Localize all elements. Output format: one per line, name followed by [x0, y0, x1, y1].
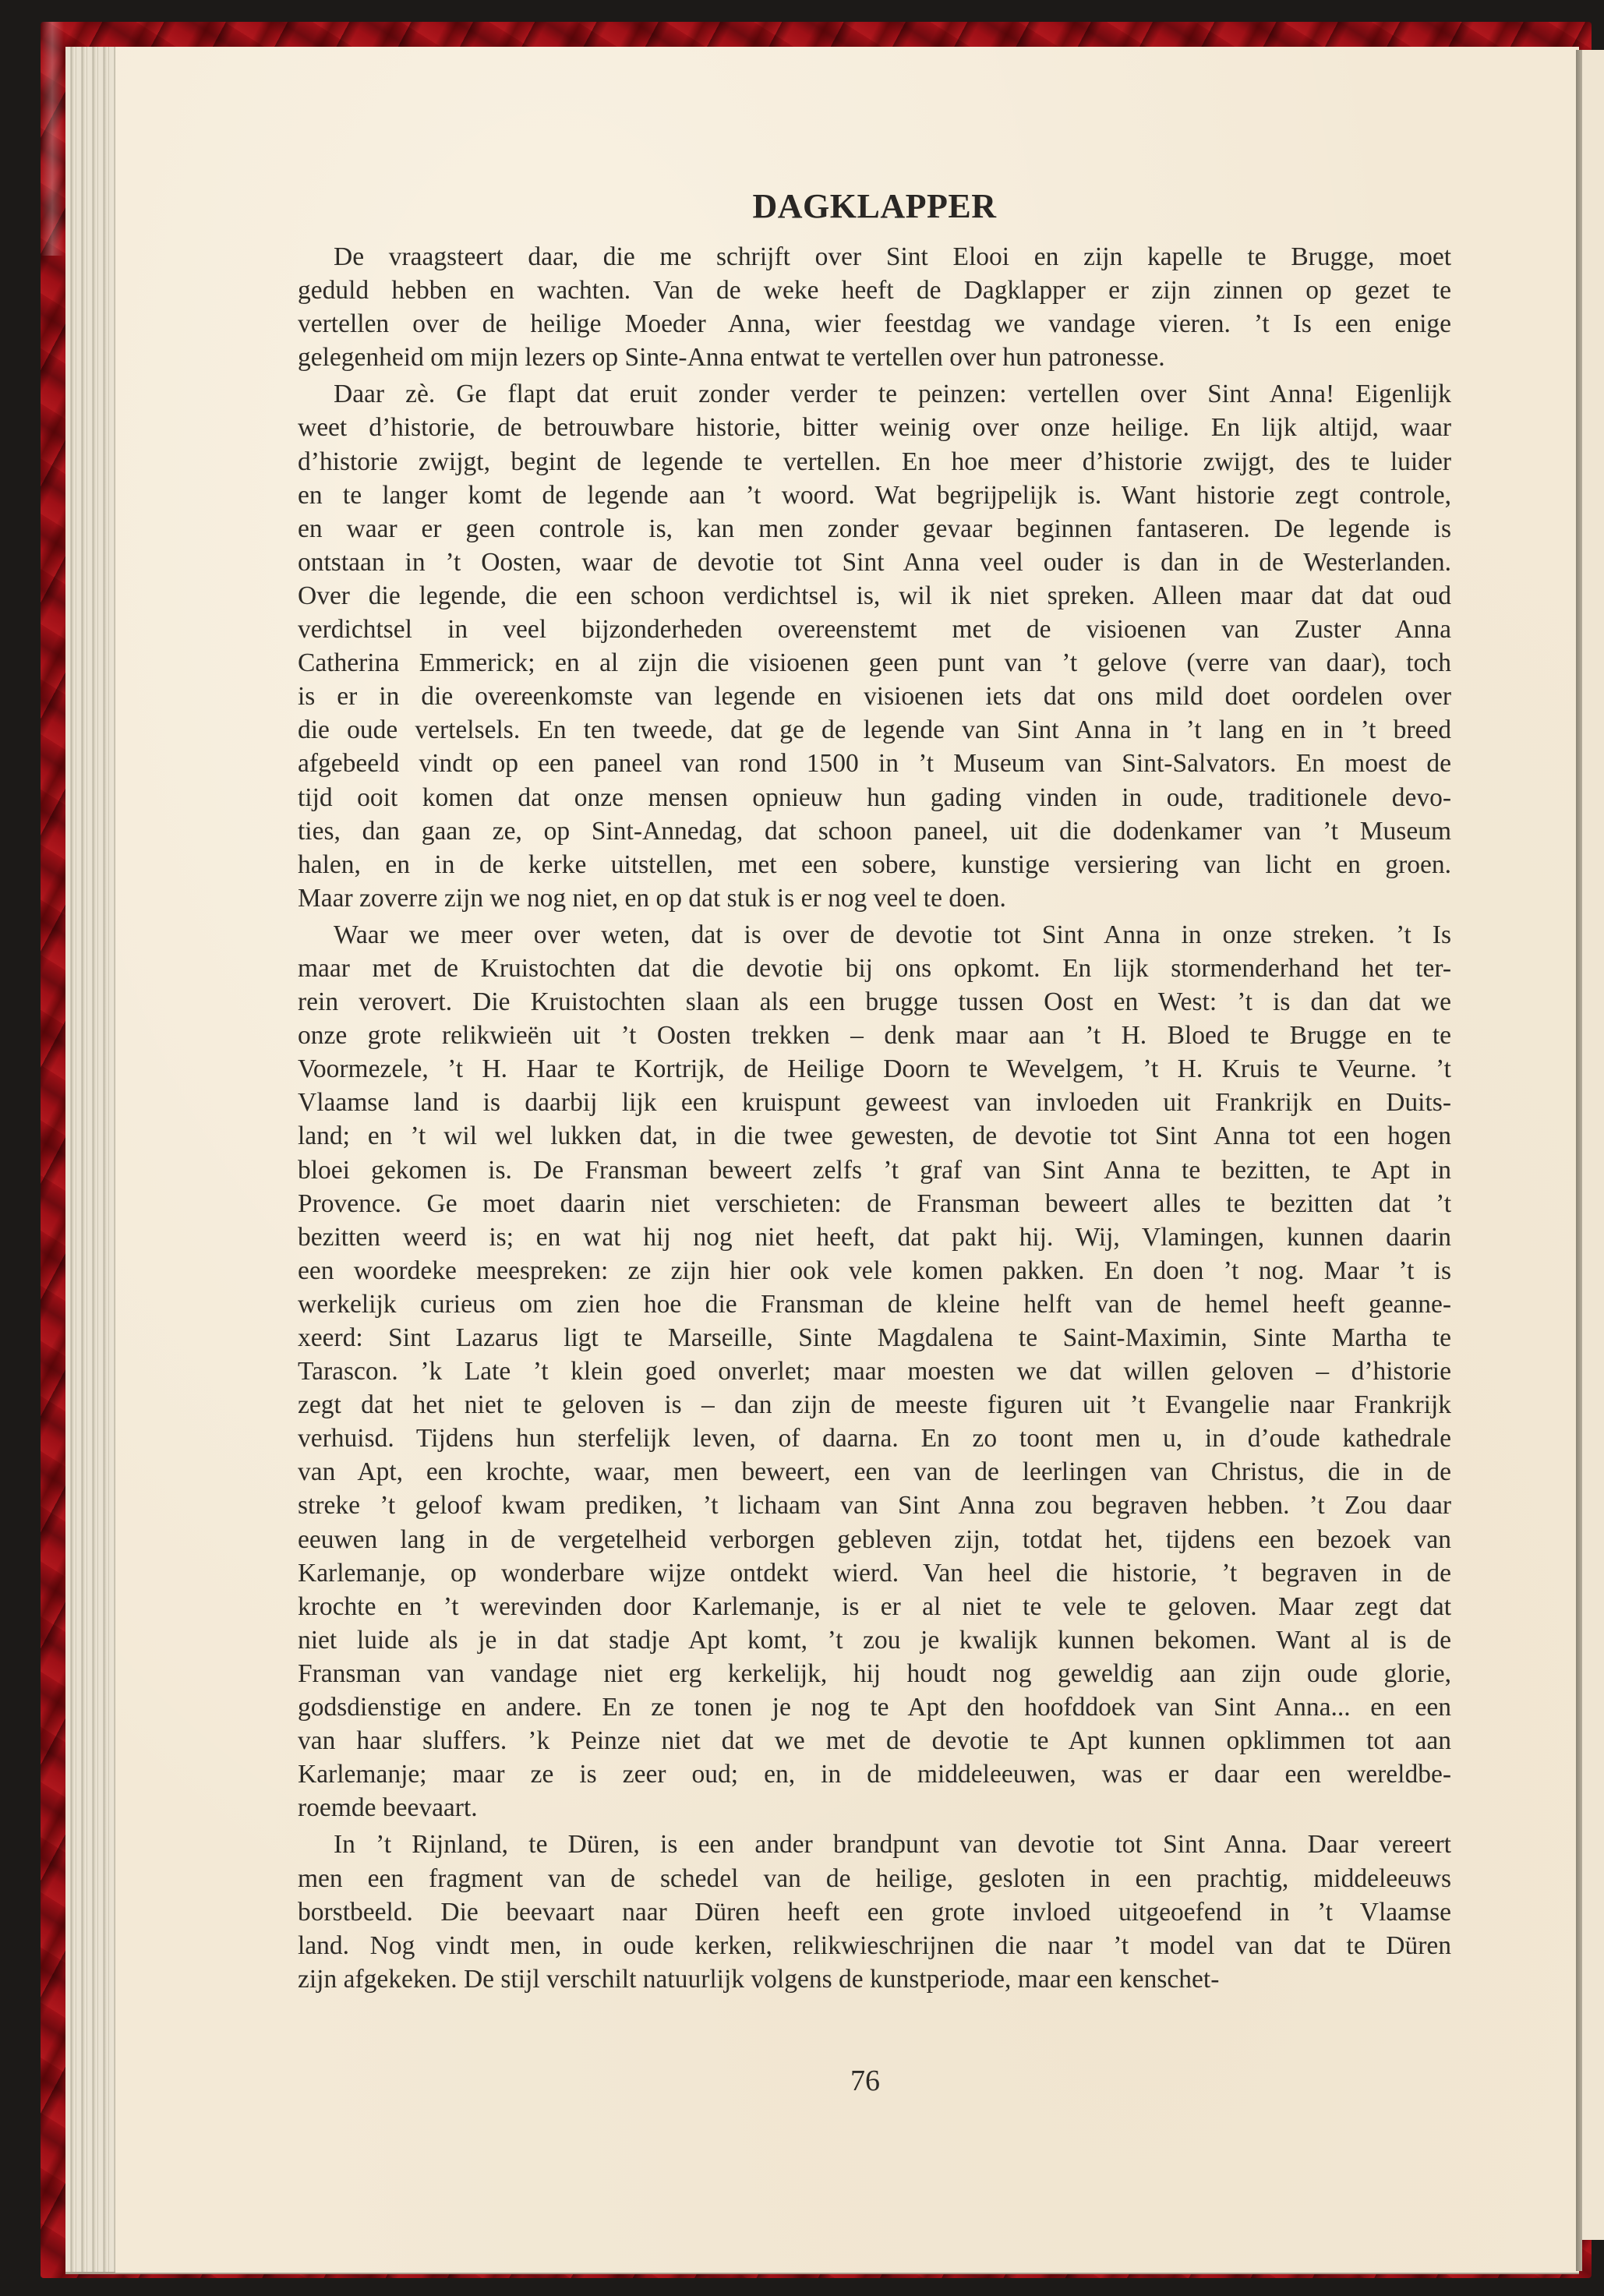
text-line: bloei gekomen is. De Fransman beweert ze… [298, 1153, 1451, 1187]
text-line: niet luide als je in dat stadje Apt komt… [298, 1623, 1451, 1657]
article-body: De vraagsteert daar, die me schrijft ove… [298, 240, 1451, 1996]
text-line: De vraagsteert daar, die me schrijft ove… [298, 240, 1451, 274]
page-edges-stack [65, 47, 118, 2274]
text-line: Maar zoverre zijn we nog niet, en op dat… [298, 881, 1451, 915]
text-line: xeerd: Sint Lazarus ligt te Marseille, S… [298, 1321, 1451, 1355]
text-line: rein verovert. Die Kruistochten slaan al… [298, 985, 1451, 1019]
paragraph: Waar we meer over weten, dat is over de … [298, 918, 1451, 1825]
text-line: afgebeeld vindt op een paneel van rond 1… [298, 747, 1451, 780]
text-line: en waar er geen controle is, kan men zon… [298, 512, 1451, 546]
text-line: Karlemanje, op wonderbare wijze ontdekt … [298, 1556, 1451, 1590]
text-line: zegt dat het niet te geloven is – dan zi… [298, 1388, 1451, 1422]
text-line: die oude vertelsels. En ten tweede, dat … [298, 713, 1451, 747]
text-line: Provence. Ge moet daarin niet verschiete… [298, 1187, 1451, 1220]
text-line: verhuisd. Tijdens hun sterfelijk leven, … [298, 1422, 1451, 1455]
paragraph: In ’t Rijnland, te Düren, is een ander b… [298, 1828, 1451, 1995]
text-line: roemde beevaart. [298, 1791, 1451, 1824]
text-line: Vlaamse land is daarbij lijk een kruispu… [298, 1086, 1451, 1119]
text-line: tijd ooit komen dat onze mensen opnieuw … [298, 781, 1451, 814]
text-line: Fransman van vandage niet erg kerkelijk,… [298, 1657, 1451, 1690]
text-line: eeuwen lang in de vergetelheid verborgen… [298, 1523, 1451, 1556]
text-line: van Apt, een krochte, waar, men beweert,… [298, 1455, 1451, 1489]
text-line: en te langer komt de legende aan ’t woor… [298, 479, 1451, 512]
text-line: godsdienstige en andere. En ze tonen je … [298, 1690, 1451, 1724]
text-line: krochte en ’t werevinden door Karlemanje… [298, 1590, 1451, 1623]
page-number: 76 [779, 2064, 951, 2098]
page-gutter-shadow [1576, 50, 1582, 2271]
text-line: ontstaan in ’t Oosten, waar de devotie t… [298, 546, 1451, 579]
text-line: Catherina Emmerick; en al zijn die visio… [298, 646, 1451, 680]
paragraph: De vraagsteert daar, die me schrijft ove… [298, 240, 1451, 374]
text-line: van haar sluffers. ’k Peinze niet dat we… [298, 1724, 1451, 1757]
text-line: zijn afgekeken. De stijl verschilt natuu… [298, 1962, 1451, 1996]
text-line: verdichtsel in veel bijzonderheden overe… [298, 613, 1451, 646]
text-line: Waar we meer over weten, dat is over de … [298, 918, 1451, 952]
text-line: onze grote relikwieën uit ’t Oosten trek… [298, 1019, 1451, 1052]
text-line: weet d’historie, de betrouwbare historie… [298, 411, 1451, 444]
text-line: maar met de Kruistochten dat die devotie… [298, 952, 1451, 985]
text-line: een woordeke meespreken: ze zijn hier oo… [298, 1254, 1451, 1288]
text-line: Over die legende, die een schoon verdich… [298, 579, 1451, 613]
text-line: bezitten weerd is; en wat hij nog niet h… [298, 1220, 1451, 1254]
text-line: Voormezele, ’t H. Haar te Kortrijk, de H… [298, 1052, 1451, 1086]
text-line: vertellen over de heilige Moeder Anna, w… [298, 307, 1451, 341]
article-title: DAGKLAPPER [298, 184, 1451, 229]
text-line: Daar zè. Ge flapt dat eruit zonder verde… [298, 377, 1451, 411]
text-line: is er in die overeenkomste van legende e… [298, 680, 1451, 713]
paragraph: Daar zè. Ge flapt dat eruit zonder verde… [298, 377, 1451, 915]
text-line: streke ’t geloof kwam prediken, ’t licha… [298, 1489, 1451, 1522]
text-line: men een fragment van de schedel van de h… [298, 1862, 1451, 1895]
text-line: d’historie zwijgt, begint de legende te … [298, 445, 1451, 479]
text-line: Tarascon. ’k Late ’t klein goed onverlet… [298, 1355, 1451, 1388]
text-line: werkelijk curieus om zien hoe die Fransm… [298, 1288, 1451, 1321]
text-line: geduld hebben en wachten. Van de weke he… [298, 274, 1451, 307]
text-line: gelegenheid om mijn lezers op Sinte-Anna… [298, 341, 1451, 374]
text-line: ties, dan gaan ze, op Sint-Annedag, dat … [298, 814, 1451, 848]
text-line: halen, en in de kerke uitstellen, met ee… [298, 848, 1451, 881]
text-line: Karlemanje; maar ze is zeer oud; en, in … [298, 1757, 1451, 1791]
next-page-leaf [1582, 50, 1604, 2240]
text-line: In ’t Rijnland, te Düren, is een ander b… [298, 1828, 1451, 1861]
page-content: DAGKLAPPER De vraagsteert daar, die me s… [298, 184, 1451, 1996]
text-line: borstbeeld. Die beevaart naar Düren heef… [298, 1895, 1451, 1929]
text-line: land; en ’t wil wel lukken dat, in die t… [298, 1119, 1451, 1153]
text-line: land. Nog vindt men, in oude kerken, rel… [298, 1929, 1451, 1962]
